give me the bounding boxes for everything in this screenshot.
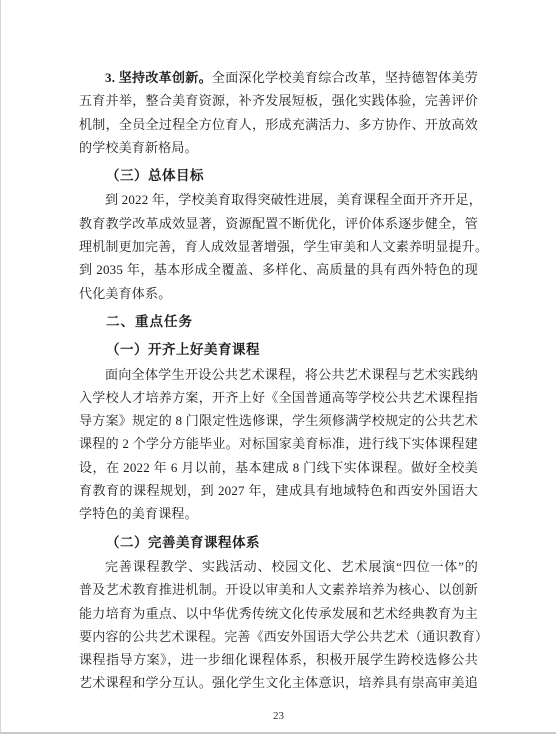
text-line: 学特色的美育课程。: [79, 502, 478, 525]
text-line: 3. 坚持改革创新。全面深化学校美育综合改革，坚持德智体美劳: [79, 66, 478, 89]
text-line: 艺术课程和学分互认。强化学生文化主体意识，培养具有崇高审美追: [79, 671, 478, 694]
text-line: 要内容的公共艺术课程。完善《西安外国语大学公共艺术（通识教育）: [79, 625, 478, 648]
text-line: 导方案》规定的 8 门限定性选修课，学生须修满学校规定的公共艺术: [79, 409, 478, 432]
text-segment: 全面深化学校美育综合改革，坚持德智体美劳: [212, 70, 478, 85]
text-line: 机制，全员全过程全方位育人，形成充满活力、多方协作、开放高效: [79, 113, 478, 136]
text-line: 完善课程教学、实践活动、校园文化、艺术展演“四位一体”的: [79, 555, 478, 578]
page-number: 23: [1, 709, 556, 723]
section-heading: （一）开齐上好美育课程: [79, 338, 478, 361]
document-page: 3. 坚持改革创新。全面深化学校美育综合改革，坚持德智体美劳五育并举，整合美育资…: [0, 0, 556, 734]
text-line: 到 2022 年，学校美育取得突破性进展，美育课程全面开齐开足，: [79, 188, 478, 211]
text-line: 育教育的课程规划，到 2027 年，建成具有地域特色和西安外国语大: [79, 479, 478, 502]
bold-lead-in: 3. 坚持改革创新。: [105, 70, 212, 85]
section-heading: （二）完善美育课程体系: [79, 531, 478, 554]
text-line: 能力培育为重点、以中华优秀传统文化传承发展和艺术经典教育为主: [79, 602, 478, 625]
text-line: 面向全体学生开设公共艺术课程，将公共艺术课程与艺术实践纳: [79, 363, 478, 386]
document-body: 3. 坚持改革创新。全面深化学校美育综合改革，坚持德智体美劳五育并举，整合美育资…: [1, 0, 556, 695]
text-line: 入学校人才培养方案，开齐上好《全国普通高等学校公共艺术课程指: [79, 386, 478, 409]
section-heading: 二、重点任务: [79, 310, 478, 333]
text-line: 代化美育体系。: [79, 282, 478, 305]
text-line: 设，在 2022 年 6 月以前，基本建成 8 门线下实体课程。做好全校美: [79, 456, 478, 479]
text-line: 理机制更加完善，育人成效显著增强，学生审美和人文素养明显提升。: [79, 235, 478, 258]
section-heading: （三）总体目标: [79, 164, 478, 187]
text-line: 普及艺术教育推进机制。开设以审美和人文素养培养为核心、以创新: [79, 578, 478, 601]
text-line: 五育并举，整合美育资源，补齐发展短板，强化实践体验，完善评价: [79, 89, 478, 112]
text-line: 课程指导方案》，进一步细化课程体系，积极开展学生跨校选修公共: [79, 648, 478, 671]
text-line: 到 2035 年，基本形成全覆盖、多样化、高质量的具有西外特色的现: [79, 258, 478, 281]
text-line: 的学校美育新格局。: [79, 136, 478, 159]
text-line: 课程的 2 个学分方能毕业。对标国家美育标准，进行线下实体课程建: [79, 432, 478, 455]
text-line: 教育教学改革成效显著，资源配置不断优化，评价体系逐步健全，管: [79, 212, 478, 235]
